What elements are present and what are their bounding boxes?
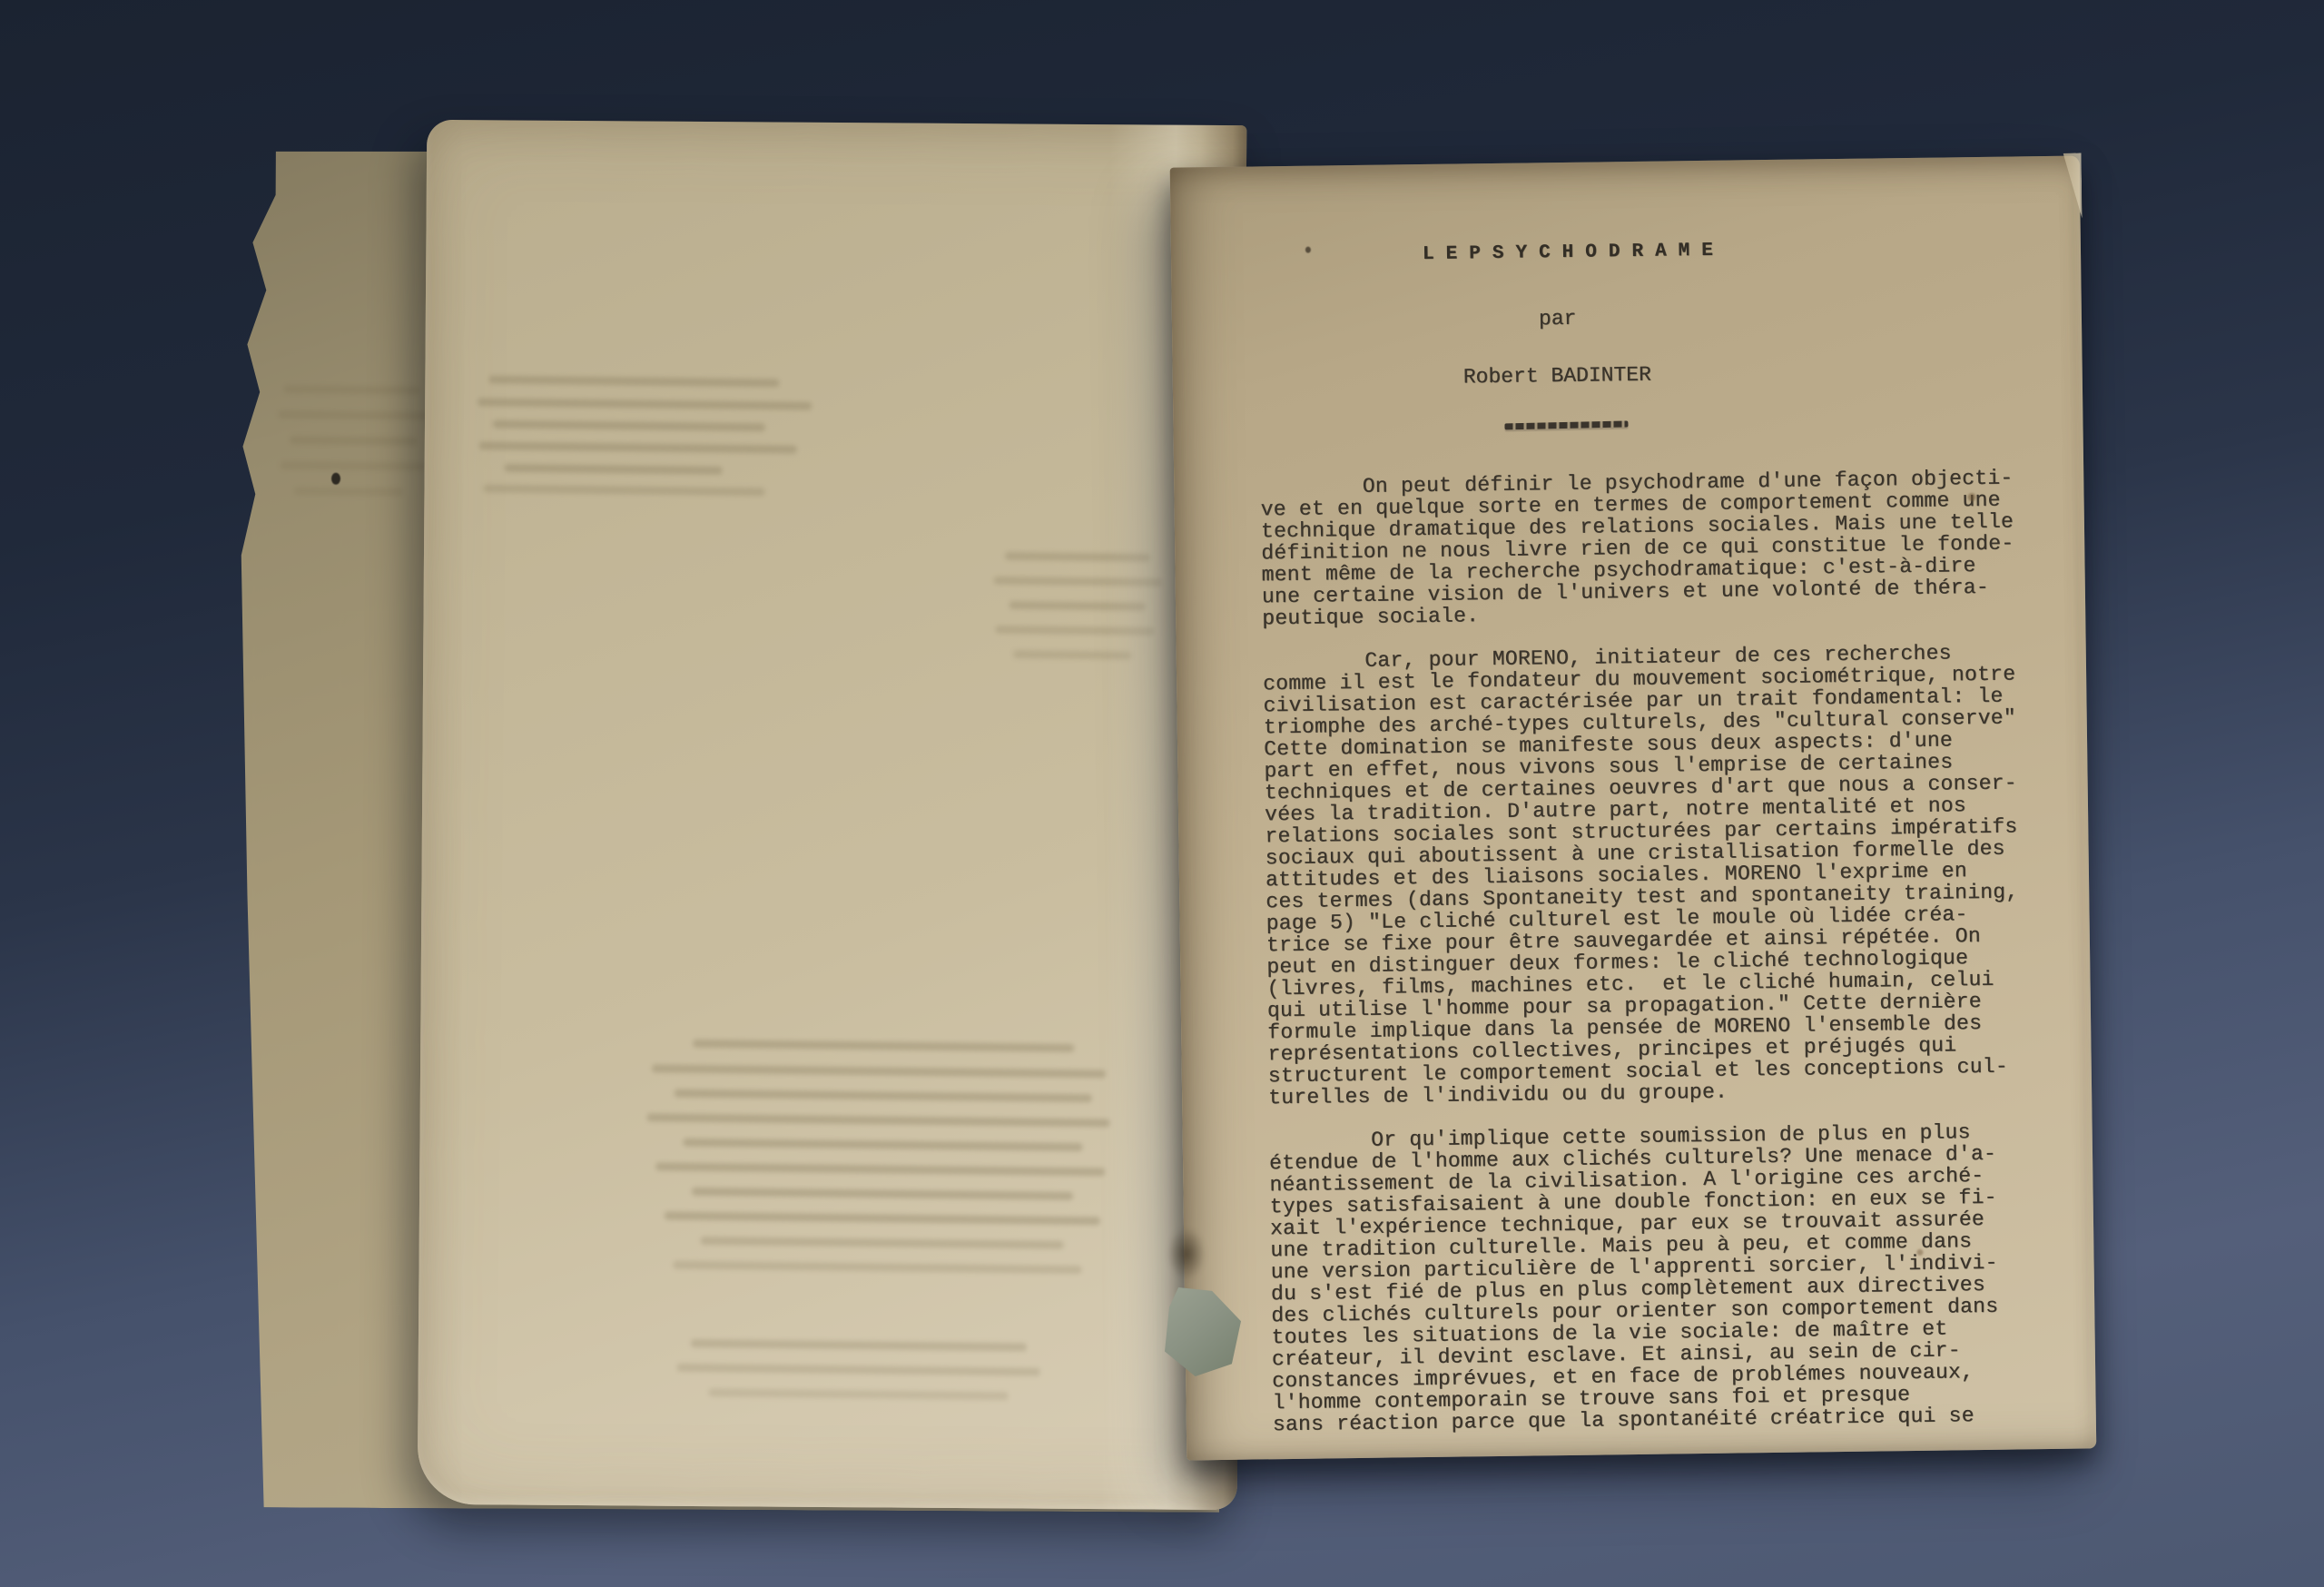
showthrough-line xyxy=(675,1089,1092,1103)
foxing-spot xyxy=(1916,1249,1923,1256)
showthrough-line xyxy=(294,487,403,496)
typed-divider xyxy=(1504,420,1628,429)
showthrough-line xyxy=(647,1113,1110,1127)
showthrough-line xyxy=(488,376,779,388)
showthrough-line xyxy=(677,1364,1040,1376)
showthrough-line xyxy=(281,461,426,471)
dog-ear-corner xyxy=(2063,153,2083,218)
showthrough-line xyxy=(290,436,417,445)
showthrough-line xyxy=(1013,650,1131,660)
showthrough-line xyxy=(692,1188,1073,1200)
showthrough-line xyxy=(493,420,765,432)
showthrough-line xyxy=(701,1237,1064,1249)
foxing-spot xyxy=(1967,493,1975,501)
showthrough-line xyxy=(505,464,723,475)
showthrough-line xyxy=(691,1339,1027,1352)
showthrough-line xyxy=(693,1040,1074,1052)
page-title: L E P S Y C H O D R A M E xyxy=(1423,241,1713,265)
showthrough-line xyxy=(709,1388,1009,1400)
author-name: Robert BADINTER xyxy=(1463,363,1651,389)
left-blank-page xyxy=(418,120,1247,1510)
byline: par xyxy=(1539,307,1577,331)
showthrough-line xyxy=(995,626,1154,636)
photo-open-typescript-booklet: L E P S Y C H O D R A M E par Robert BAD… xyxy=(0,0,2324,1587)
ink-speck xyxy=(1305,247,1311,253)
showthrough-line xyxy=(283,385,419,395)
showthrough-line xyxy=(479,441,797,453)
showthrough-line xyxy=(655,1162,1105,1176)
showthrough-line xyxy=(673,1261,1081,1274)
showthrough-line xyxy=(665,1211,1100,1225)
showthrough-line xyxy=(652,1064,1106,1078)
showthrough-line xyxy=(1009,601,1146,611)
showthrough-line xyxy=(278,410,432,420)
ink-speck xyxy=(331,473,340,485)
gutter-shadow-mark xyxy=(1167,1227,1206,1280)
right-title-page: L E P S Y C H O D R A M E par Robert BAD… xyxy=(1170,156,2097,1461)
showthrough-line xyxy=(1005,552,1150,562)
typescript-body: On peut définir le psychodrame d'une faç… xyxy=(1260,467,2025,1435)
showthrough-line xyxy=(683,1138,1082,1151)
showthrough-line xyxy=(483,484,764,496)
showthrough-line xyxy=(478,398,812,409)
showthrough-line xyxy=(994,577,1162,586)
